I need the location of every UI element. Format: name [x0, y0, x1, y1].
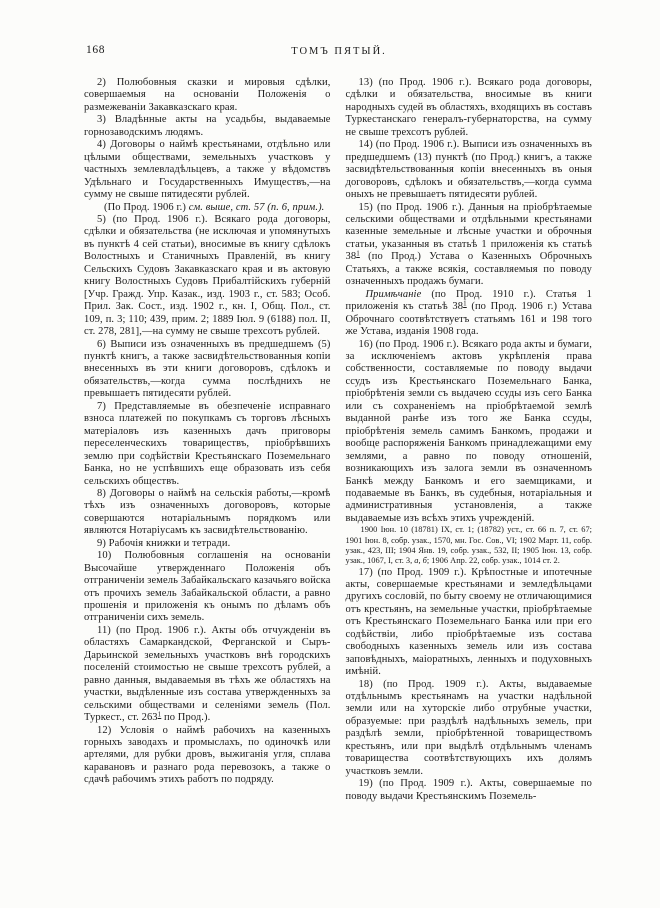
text-segment: см. выше, ст. 57 (п. 6, прим.).: [189, 202, 325, 213]
paragraph: 2) Полюбовныя сказки и мировыя сдѣлки, с…: [84, 77, 331, 114]
text-segment: Примѣчаніе: [366, 289, 422, 300]
paragraph: 3) Владѣнные акты на усадьбы, выдаваемые…: [84, 114, 331, 139]
text-segment: по Прод.).: [161, 712, 210, 723]
text-segment: 13) (по Прод. 1906 г.). Всякаго рода дог…: [346, 77, 593, 138]
left-column: 2) Полюбовныя сказки и мировыя сдѣлки, с…: [84, 77, 331, 877]
text-segment: 2) Полюбовныя сказки и мировыя сдѣлки, с…: [84, 77, 331, 113]
paragraph: 13) (по Прод. 1906 г.). Всякаго рода дог…: [346, 77, 593, 139]
text-segment: 7) Представляемые въ обезпеченіе исправн…: [84, 401, 331, 487]
page-header: 168 ТОМЪ ПЯТЫЙ.: [84, 0, 594, 62]
paragraph: 11) (по Прод. 1906 г.). Акты объ отчужде…: [84, 625, 331, 725]
running-title: ТОМЪ ПЯТЫЙ.: [84, 45, 594, 57]
text-segment: 10) Полюбовныя соглашенія на основаніи В…: [84, 550, 331, 623]
paragraph: 17) (по Прод. 1909 г.). Крѣпостные и ипо…: [346, 567, 593, 679]
paragraph: 8) Договоры о наймѣ на сельскія работы,—…: [84, 488, 331, 538]
text-segment: 8) Договоры о наймѣ на сельскія работы,—…: [84, 488, 331, 536]
right-column: 13) (по Прод. 1906 г.). Всякаго рода дог…: [346, 77, 593, 877]
paragraph: 18) (по Прод. 1909 г.). Акты, выдаваемые…: [346, 679, 593, 779]
paragraph: 6) Выписи изъ означенныхъ въ предшедшемъ…: [84, 339, 331, 401]
paragraph: 19) (по Прод. 1909 г.). Акты, совершаемы…: [346, 778, 593, 803]
text-segment: 17) (по Прод. 1909 г.). Крѣпостные и ипо…: [346, 567, 593, 678]
paragraph: 5) (по Прод. 1906 г.). Всякаго рода дого…: [84, 214, 331, 339]
paragraph: 1900 Іюн. 10 (18781) IX, ст. 1; (18782) …: [346, 525, 593, 566]
text-segment: 12) Условія о наймѣ рабочихъ на казенных…: [84, 725, 331, 786]
text-segment: ; 1906 Апр. 22, собр. узак., 1014 ст. 2.: [427, 556, 560, 565]
paragraph: Примѣчаніе (по Прод. 1910 г.). Статья 1 …: [346, 289, 593, 339]
text-segment: 6) Выписи изъ означенныхъ въ предшедшемъ…: [84, 339, 331, 400]
paragraph: 10) Полюбовныя соглашенія на основаніи В…: [84, 550, 331, 625]
text-segment: 14) (по Прод. 1906 г.). Выписи изъ означ…: [346, 139, 593, 200]
paragraph: 7) Представляемые въ обезпеченіе исправн…: [84, 401, 331, 488]
paragraph: 15) (по Прод. 1906 г.). Данныя на пріобр…: [346, 202, 593, 289]
text-segment: 5) (по Прод. 1906 г.). Всякаго рода дого…: [84, 214, 331, 337]
text-segment: 11) (по Прод. 1906 г.). Акты объ отчужде…: [84, 625, 331, 723]
text-segment: 9) Рабочія книжки и тетради.: [97, 538, 230, 549]
text-columns: 2) Полюбовныя сказки и мировыя сдѣлки, с…: [84, 77, 594, 877]
paragraph: 16) (по Прод. 1906 г.). Всякаго рода акт…: [346, 339, 593, 526]
page-number: 168: [86, 44, 105, 56]
text-segment: (по Прод.) Устава о Казенныхъ Оброчныхъ …: [346, 251, 593, 287]
text-segment: 4) Договоры о наймѣ крестьянами, отдѣльн…: [84, 139, 331, 200]
paragraph: 12) Условія о наймѣ рабочихъ на казенных…: [84, 725, 331, 787]
text-segment: 18) (по Прод. 1909 г.). Акты, выдаваемые…: [346, 679, 593, 777]
text-segment: 3) Владѣнные акты на усадьбы, выдаваемые…: [84, 114, 331, 137]
text-segment: 19) (по Прод. 1909 г.). Акты, совершаемы…: [346, 778, 593, 801]
paragraph: 4) Договоры о наймѣ крестьянами, отдѣльн…: [84, 139, 331, 201]
paragraph: (По Прод. 1906 г.) см. выше, ст. 57 (п. …: [84, 202, 331, 214]
text-segment: 16) (по Прод. 1906 г.). Всякаго рода акт…: [346, 339, 593, 524]
paragraph: 9) Рабочія книжки и тетради.: [84, 538, 331, 550]
paragraph: 14) (по Прод. 1906 г.). Выписи изъ означ…: [346, 139, 593, 201]
text-segment: а, б: [414, 556, 427, 565]
scanned-book-page: 168 ТОМЪ ПЯТЫЙ. 2) Полюбовныя сказки и м…: [0, 0, 660, 908]
text-segment: (По Прод. 1906 г.): [104, 202, 189, 213]
